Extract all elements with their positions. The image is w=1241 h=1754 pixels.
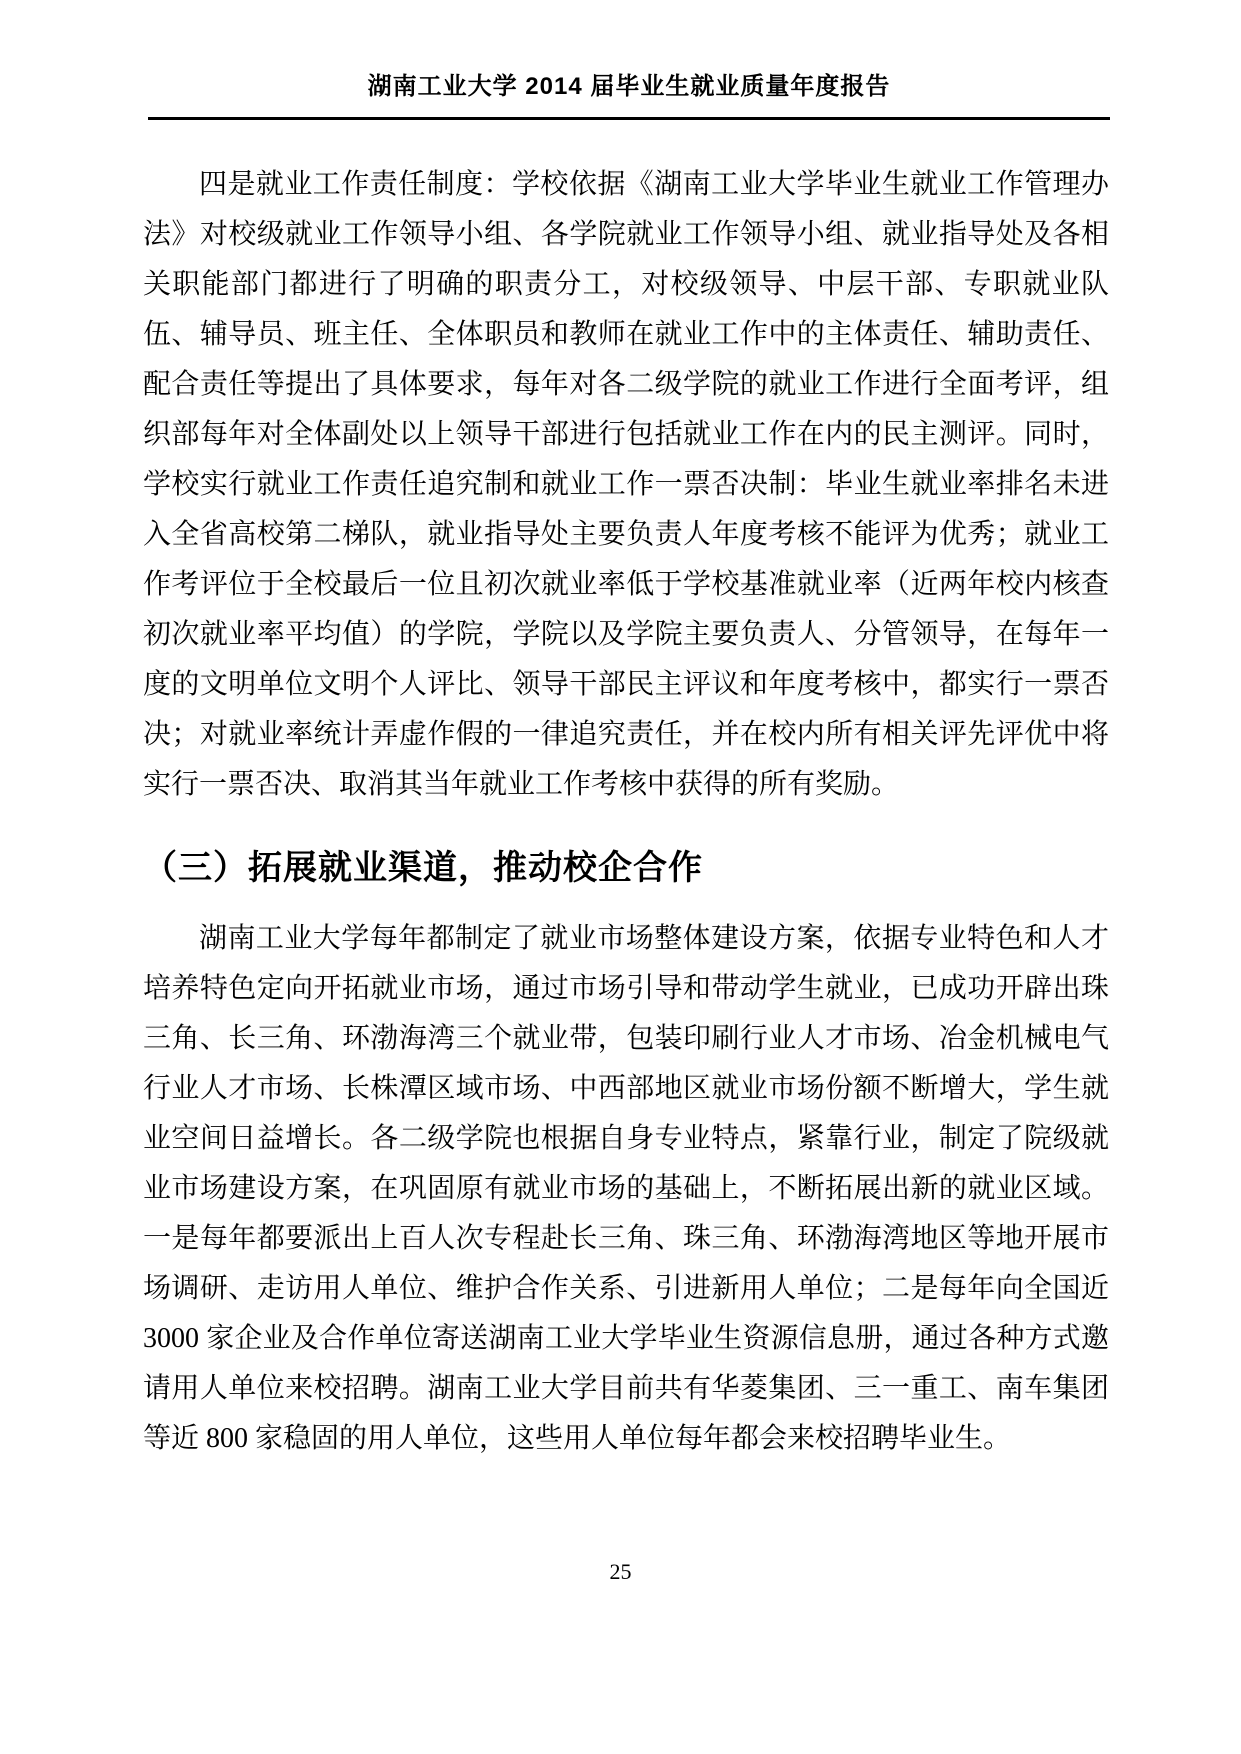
page-number: 25 (610, 1559, 632, 1584)
page-header: 湖南工业大学 2014 届毕业生就业质量年度报告 (148, 70, 1110, 120)
paragraph-employment-responsibility-system: 四是就业工作责任制度：学校依据《湖南工业大学毕业生就业工作管理办法》对校级就业工… (143, 160, 1109, 810)
header-rule (148, 117, 1110, 120)
section-heading-expand-employment-channels: （三）拓展就业渠道，推动校企合作 (143, 840, 1109, 896)
paragraph-employment-market-building: 湖南工业大学每年都制定了就业市场整体建设方案，依据专业特色和人才培养特色定向开拓… (143, 914, 1109, 1464)
page-footer: 25 (0, 1558, 1241, 1586)
header-title: 湖南工业大学 2014 届毕业生就业质量年度报告 (148, 70, 1110, 104)
document-page: 湖南工业大学 2014 届毕业生就业质量年度报告 四是就业工作责任制度：学校依据… (0, 0, 1241, 1754)
document-body: 四是就业工作责任制度：学校依据《湖南工业大学毕业生就业工作管理办法》对校级就业工… (143, 160, 1109, 1464)
